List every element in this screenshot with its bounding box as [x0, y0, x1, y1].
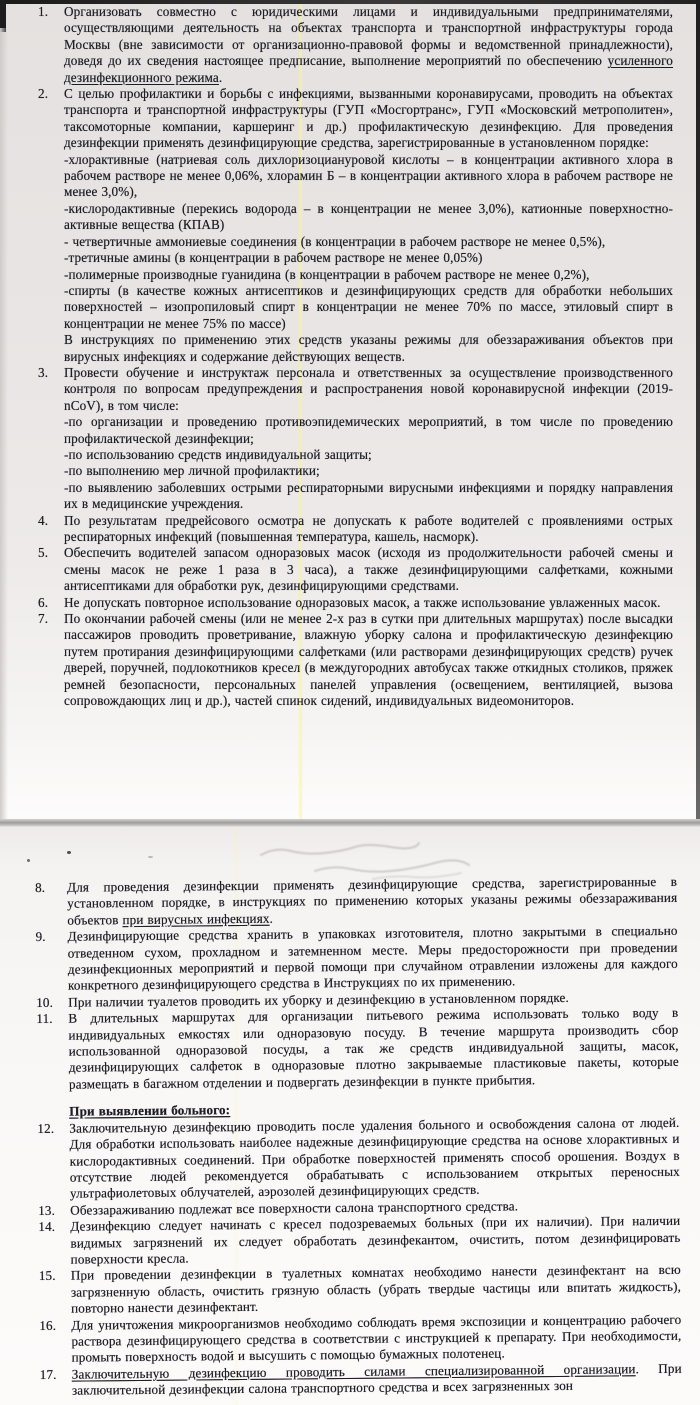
paragraph: По окончании рабочей смены (или не менее…	[64, 611, 673, 709]
list-item-1: 1.Организовать совместно с юридическими …	[36, 4, 673, 86]
paragraph: Провести обучение и инструктаж персонала…	[64, 365, 673, 414]
paragraph: В инструкциях по применению этих средств…	[64, 332, 673, 365]
paragraph: -по организации и проведению противоэпид…	[64, 414, 673, 447]
text-segment: -хлорактивные (натриевая соль дихлоризоц…	[64, 152, 673, 200]
item-paragraphs: Провести обучение и инструктаж персонала…	[64, 365, 673, 513]
paragraph: При проведении дезинфекции в туалетных к…	[71, 1262, 681, 1317]
paragraph: -спирты (в качестве кожных антисептиков …	[64, 283, 673, 332]
list-item-5: 5.Обеспечить водителей запасом одноразов…	[36, 545, 673, 594]
paragraph: Для уничтожения микроорганизмов необходи…	[71, 1311, 681, 1366]
paragraph: -полимерные производные гуанидина (в кон…	[64, 267, 673, 283]
item-number: 13.	[36, 1202, 70, 1219]
text-segment: В инструкциях по применению этих средств…	[64, 332, 673, 363]
paragraph: По результатам предрейсового осмотра не …	[64, 513, 673, 546]
item-number: 17.	[38, 1366, 72, 1399]
list-item-16: 16.Для уничтожения микроорганизмов необх…	[37, 1311, 681, 1366]
item-number: 1.	[36, 4, 64, 86]
item-paragraphs: Заключительную дезинфекцию проводить сил…	[72, 1361, 682, 1400]
text-segment: -третичные амины (в концентрации в рабоч…	[64, 250, 482, 265]
item-paragraphs: Обеспечить водителей запасом одноразовых…	[64, 545, 673, 594]
paragraph: -кислородактивные (перекись водорода – в…	[64, 201, 673, 234]
page-1-text: 1.Организовать совместно с юридическими …	[36, 4, 673, 709]
list-item-15: 15.При проведении дезинфекции в туалетны…	[37, 1262, 681, 1317]
item-number: 14.	[36, 1219, 70, 1269]
paragraph: Дезинфицирующие средства хранить в упако…	[67, 923, 678, 994]
text-segment: По окончании рабочей смены (или не менее…	[64, 611, 673, 708]
paragraph: В длительных маршрутах для организации п…	[68, 1005, 679, 1093]
list-item-6: 6.Не допускать повторное использование о…	[36, 595, 673, 611]
scan-speck	[67, 851, 71, 854]
paragraph: Организовать совместно с юридическими ли…	[64, 4, 673, 86]
paragraph: Заключительную дезинфекцию проводить сил…	[72, 1361, 682, 1400]
item-paragraphs: Для проведения дезинфекции применять дез…	[67, 874, 677, 929]
page-break-shadow	[0, 819, 700, 827]
item-paragraphs: По окончании рабочей смены (или не менее…	[64, 611, 673, 709]
text-segment: Организовать совместно с юридическими ли…	[64, 4, 673, 68]
text-segment: -по использованию средств индивидуальной…	[64, 447, 372, 462]
paragraph: -по выявлению заболевших острыми респира…	[64, 480, 673, 513]
text-segment: Заключительную дезинфекцию проводить пос…	[69, 1114, 680, 1200]
list-item-11: 11.В длительных маршрутах для организаци…	[34, 1005, 679, 1093]
paragraph: Заключительную дезинфекцию проводить пос…	[69, 1114, 680, 1202]
item-paragraphs: По результатам предрейсового осмотра не …	[64, 513, 673, 546]
list-item-9: 9.Дезинфицирующие средства хранить в упа…	[33, 923, 678, 995]
text-segment: .	[219, 70, 222, 85]
text-segment: .	[269, 911, 273, 926]
text-segment: Для уничтожения микроорганизмов необходи…	[71, 1311, 681, 1365]
text-segment: -по выявлению заболевших острыми респира…	[64, 480, 673, 511]
item-number: 11.	[34, 1011, 69, 1093]
list-item-3: 3.Провести обучение и инструктаж персона…	[36, 365, 673, 513]
item-number: 12.	[35, 1120, 70, 1202]
paragraph: Обеспечить водителей запасом одноразовых…	[64, 545, 673, 594]
scan-speck	[27, 859, 30, 862]
paragraph: С целью профилактики и борьбы с инфекция…	[64, 86, 673, 152]
item-paragraphs: Дезинфицирующие средства хранить в упако…	[67, 923, 678, 994]
item-number: 10.	[34, 995, 68, 1012]
item-paragraphs: С целью профилактики и борьбы с инфекция…	[64, 86, 673, 365]
list-item-12: 12.Заключительную дезинфекцию проводить …	[35, 1114, 680, 1202]
item-number: 16.	[37, 1317, 71, 1367]
list-item-7: 7.По окончании рабочей смены (или не мен…	[36, 611, 673, 709]
text-segment: -по организации и проведению противоэпид…	[64, 414, 673, 445]
item-number: 4.	[36, 513, 64, 546]
text-segment: -полимерные производные гуанидина (в кон…	[64, 267, 590, 282]
text-segment: С целью профилактики и борьбы с инфекция…	[64, 86, 673, 150]
text-segment: - четвертичные аммониевые соединения (в …	[64, 234, 605, 249]
text-segment: При выявлении больного:	[69, 1102, 230, 1119]
text-segment: При проведении дезинфекции в туалетных к…	[71, 1262, 681, 1316]
scan-speck	[148, 856, 153, 858]
text-segment: -кислородактивные (перекись водорода – в…	[64, 201, 673, 232]
list-item-14: 14.Дезинфекцию следует начинать с кресел…	[36, 1213, 680, 1268]
text-segment: при вирусных инфекциях	[122, 911, 269, 927]
item-number: 2.	[36, 86, 64, 365]
paragraph: Для проведения дезинфекции применять дез…	[67, 874, 677, 929]
paragraph: -третичные амины (в концентрации в рабоч…	[64, 250, 673, 266]
item-number: 15.	[37, 1268, 71, 1318]
item-paragraphs: Дезинфекцию следует начинать с кресел по…	[70, 1213, 680, 1268]
item-paragraphs: Для уничтожения микроорганизмов необходи…	[71, 1311, 681, 1366]
list-item-2: 2.С целью профилактики и борьбы с инфекц…	[36, 86, 673, 365]
paragraph: - четвертичные аммониевые соединения (в …	[64, 234, 673, 250]
text-segment: Провести обучение и инструктаж персонала…	[64, 365, 673, 413]
paragraph: -по выполнению мер личной профилактики;	[64, 463, 673, 479]
scanned-document: { "colors": { "ink": "#1e1e26", "paper_p…	[0, 0, 700, 1405]
text-segment: Обеспечить водителей запасом одноразовых…	[64, 545, 673, 593]
list-item-17: 17.Заключительную дезинфекцию проводить …	[38, 1361, 682, 1400]
item-number: 6.	[36, 595, 64, 611]
scan-edge-top	[0, 0, 700, 4]
scan-edge-right	[696, 0, 700, 819]
text-segment: -по выполнению мер личной профилактики;	[64, 463, 320, 478]
item-paragraphs: Не допускать повторное использование одн…	[64, 595, 673, 611]
text-segment: В длительных маршрутах для организации п…	[68, 1005, 679, 1091]
item-paragraphs: При проведении дезинфекции в туалетных к…	[71, 1262, 681, 1317]
item-number: 9.	[33, 929, 68, 995]
page-1: 1.Организовать совместно с юридическими …	[0, 0, 700, 819]
text-segment: По результатам предрейсового осмотра не …	[64, 513, 673, 544]
list-item-4: 4.По результатам предрейсового осмотра н…	[36, 513, 673, 546]
list-item-8: 8.Для проведения дезинфекции применять д…	[33, 874, 677, 929]
page-2-text: 8.Для проведения дезинфекции применять д…	[33, 874, 682, 1400]
item-number: 5.	[36, 545, 64, 594]
item-number: 8.	[33, 880, 67, 930]
text-segment: Дезинфекцию следует начинать с кресел по…	[70, 1213, 680, 1267]
item-paragraphs: В длительных маршрутах для организации п…	[68, 1005, 679, 1093]
item-paragraphs: Заключительную дезинфекцию проводить пос…	[69, 1114, 680, 1202]
text-segment: -спирты (в качестве кожных антисептиков …	[64, 283, 673, 331]
text-segment: Дезинфицирующие средства хранить в упако…	[67, 923, 677, 993]
scan-edge-left-shadow	[0, 28, 8, 819]
item-paragraphs: Организовать совместно с юридическими ли…	[64, 4, 673, 86]
text-segment: Не допускать повторное использование одн…	[64, 595, 661, 610]
paragraph: -хлорактивные (натриевая соль дихлоризоц…	[64, 152, 673, 201]
paragraph: -по использованию средств индивидуальной…	[64, 447, 673, 463]
page-2: 8.Для проведения дезинфекции применять д…	[0, 827, 700, 1405]
item-number: 3.	[36, 365, 64, 513]
paragraph: Дезинфекцию следует начинать с кресел по…	[70, 1213, 680, 1268]
paragraph: Не допускать повторное использование одн…	[64, 595, 673, 611]
item-number: 7.	[36, 611, 64, 709]
